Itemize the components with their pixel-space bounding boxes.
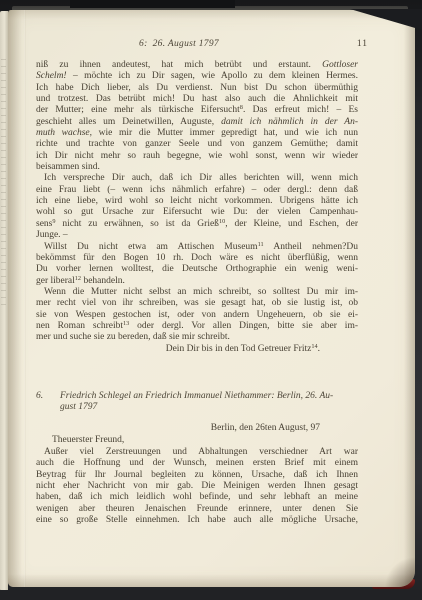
text-line: wenigen aber theuren Jenaischen Freunde … <box>36 504 358 515</box>
text-line: der Mutter; eine mehr als türkische Eife… <box>36 105 358 116</box>
text-line: sie von Wespen gestochen ist, oder von a… <box>36 310 358 321</box>
text-line: mer und suche sie zu bereden, daß sie mi… <box>36 332 358 343</box>
text-line: eine so große Stelle einnehmen. Ich habe… <box>36 515 358 526</box>
page-number: 11 <box>338 39 368 50</box>
text-line: ich eine liebe, wird wohl so leicht nich… <box>36 196 358 207</box>
text-line: Dein Dir bis in den Tod Getreuer Fritz14… <box>36 344 358 355</box>
dateline: Berlin, den 26ten August, 97 <box>36 423 320 434</box>
facing-page-text-showthrough <box>1 59 6 309</box>
section-heading-line1: 6.Friedrich Schlegel an Friedrich Immanu… <box>36 391 358 402</box>
section-heading-line2: gust 1797 <box>36 402 358 413</box>
text-line: Ich verspreche Dir auch, daß ich Dir all… <box>36 173 358 184</box>
text-line: Willst Du nicht etwa am Attischen Museum… <box>36 242 358 253</box>
text-line: muth wachse, wie mir die Mutter immer ge… <box>36 128 358 139</box>
text-line: Schelm! – möchte ich zu Dir sagen, wie A… <box>36 71 358 82</box>
text-line: mer recht viel von ihr schreiben, was si… <box>36 298 358 309</box>
text-line: niß zu ihnen andeutest, hat mich betrübt… <box>36 60 358 71</box>
text-line: Beytrag für Ihr Journal begleiten zu kön… <box>36 470 358 481</box>
text-line: auch die Hoffnung und der Wunsch, meinen… <box>36 458 358 469</box>
text-line: Wenn die Mutter nicht selbst an mich sch… <box>36 287 358 298</box>
book-photo: 6: 26. August 1797 11 niß zu ihnen andeu… <box>0 0 422 600</box>
section-heading-title: Friedrich Schlegel an Friedrich Immanuel… <box>60 391 333 401</box>
text-line: geschieht alles um Deinetwillen, Auguste… <box>36 117 358 128</box>
text-line: wohl so gut Ursache zur Eifersucht wie D… <box>36 207 358 218</box>
text-line: Junge. – <box>36 230 358 241</box>
text-line: bekömmst für den Bogen 10 rh. Doch wäre … <box>36 253 358 264</box>
running-header: 6: 26. August 1797 <box>36 39 322 50</box>
book-page: 6: 26. August 1797 11 niß zu ihnen andeu… <box>8 10 415 587</box>
letter2-body: Außer viel Zerstreuungen und Abhaltungen… <box>36 447 358 526</box>
text-line: ich Dir nicht mehr so rauh begegne, wie … <box>36 151 358 162</box>
background-shadow <box>70 0 235 8</box>
text-line: nicht eher Nachricht von mir gab. Die Me… <box>36 481 358 492</box>
text-line: richte und trachte von ganzer Seele und … <box>36 139 358 150</box>
text-line: haben, daß ich mich leidlich wohl befind… <box>36 492 358 503</box>
section-heading: 6.Friedrich Schlegel an Friedrich Immanu… <box>36 391 358 414</box>
text-line: ger liberal12 behandeln. <box>36 276 358 287</box>
text-line: eine Frau liebt (– wenn ichs nähmlich er… <box>36 185 358 196</box>
text-line: Du vorher lernen wolltest, die Deutsche … <box>36 264 358 275</box>
text-line: und trotzest. Das betrübt mich! Du hast … <box>36 94 358 105</box>
text-line: sens9 nicht zu erwähnen, so ist da Grieß… <box>36 219 358 230</box>
page-crease <box>24 10 26 587</box>
text-line: nen Roman schreibt13 oder dergl. Vor all… <box>36 321 358 332</box>
salutation: Theuerster Freund, <box>52 435 124 446</box>
text-line: Ich habe Dich lieber, als Du verdienst. … <box>36 83 358 94</box>
text-line: Außer viel Zerstreuungen und Abhaltungen… <box>36 447 358 458</box>
facing-page-edge <box>0 11 8 592</box>
background-bottom <box>0 590 422 600</box>
text-line: beisammen sind. <box>36 162 358 173</box>
letter-number: 6. <box>36 391 60 402</box>
letter1-body: niß zu ihnen andeutest, hat mich betrübt… <box>36 60 358 355</box>
